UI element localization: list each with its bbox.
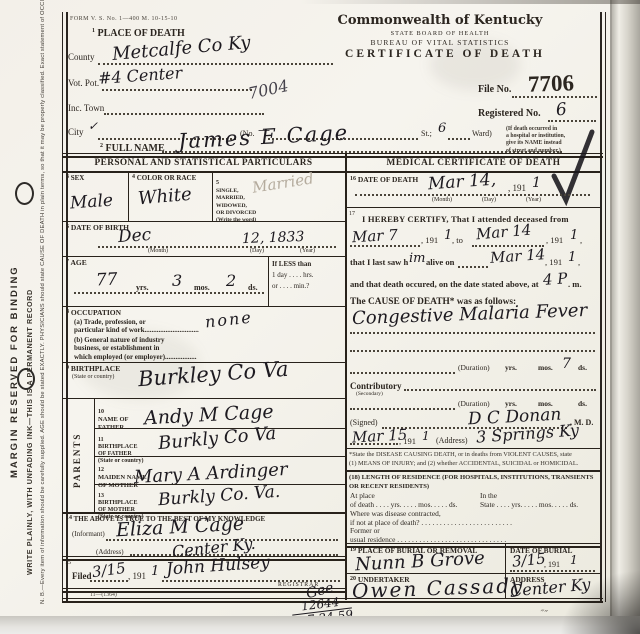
street-value: 6 (438, 122, 446, 135)
age-days-value: 2 (226, 273, 236, 289)
parents-group-label: PARENTS (72, 433, 82, 488)
file-no-value: 7706 (528, 69, 575, 98)
cell-divider (212, 171, 213, 221)
at-place-label: At place of death . . . . yrs. . . . . m… (350, 492, 457, 509)
dob-day-caption: (Day) (250, 248, 264, 255)
comma-mark: , (580, 235, 582, 245)
color-value: White (137, 186, 192, 209)
contributory-line (404, 389, 596, 391)
certify-num: 17 (349, 211, 355, 218)
age-mos-label: mos. (194, 283, 210, 292)
burial-date-value: 3/15 (511, 551, 546, 569)
parents-divider (94, 398, 95, 512)
age-months-value: 3 (172, 273, 182, 289)
cell-divider (268, 256, 269, 306)
certificate-paper: MARGIN RESERVED FOR BINDING WRITE PLAINL… (0, 0, 618, 620)
comma-mark: , (578, 257, 580, 267)
street-label: St.; (421, 129, 432, 138)
age-line (74, 292, 264, 294)
dod-year-digit: 1 (532, 176, 541, 190)
filed-year-printed: , 191 (128, 571, 146, 582)
row-rule (347, 470, 600, 472)
hole-punch-icon (17, 368, 35, 390)
dod-heading: 16 DATE OF DEATH (350, 176, 418, 185)
in-state-label: In the State . . . . yrs. . . . . mos. .… (480, 492, 578, 509)
father-num: 10 (98, 409, 104, 415)
lastsaw-date: Mar 14 (490, 247, 546, 266)
signed-label: (Signed) (350, 418, 378, 427)
cause-line2 (350, 350, 595, 352)
full-name-line (162, 151, 562, 153)
filed-line (90, 580, 128, 582)
duration2-lead-line (350, 408, 455, 410)
mother-num: 12 (98, 467, 104, 473)
attended-from-date: Mar 7 (352, 228, 399, 245)
birthplace-label: BIRTHPLACE (71, 364, 120, 373)
secondary-label: (Secondary) (356, 391, 383, 397)
age-label: AGE (70, 258, 86, 267)
full-name-num: 2 (100, 143, 103, 149)
city-label: City (68, 127, 84, 138)
marital-value: Married (251, 171, 315, 196)
burial-year-printed: , 191 (544, 560, 560, 569)
row-rule (347, 207, 600, 208)
sex-num: 3 (66, 174, 69, 180)
occupation-a-label: (a) Trade, profession, or particular kin… (74, 318, 199, 335)
signed-date-line (350, 443, 398, 445)
page-edge (612, 0, 640, 634)
registered-no-line (548, 120, 596, 122)
row-rule (347, 448, 600, 449)
dod-year-printed: , 191 (508, 183, 526, 194)
scan-top-edge (300, 0, 640, 4)
age-num: 7 (66, 259, 69, 265)
certify-intro: I HEREBY CERTIFY, That I attended deceas… (362, 214, 569, 224)
certificate-title: CERTIFICATE OF DEATH (330, 48, 560, 62)
less-than-line2: 1 day . . . . hrs. (272, 271, 313, 279)
duration-ds-label: ds. (578, 364, 587, 373)
scan-bottom-shadow (0, 616, 640, 634)
lastsaw-line (458, 266, 488, 268)
ward-label: Ward) (472, 129, 492, 138)
row-rule (62, 221, 345, 222)
inc-town-line (104, 113, 264, 115)
precinct-line (102, 89, 252, 91)
age-yrs-label: yrs. (136, 283, 149, 292)
to-word: , to (452, 235, 463, 245)
occupation-heading: 8 OCCUPATION (66, 309, 121, 318)
occupation-num: 8 (66, 309, 69, 315)
inc-town-label: Inc. Town (68, 103, 104, 114)
dod-num: 16 (350, 176, 356, 182)
attended-to-date: Mar 14 (475, 223, 531, 243)
undertaker-value: Owen Cassady (352, 575, 525, 601)
row-rule (62, 256, 345, 257)
attended-from-year-printed: , 191 (421, 235, 438, 245)
county-label: County (68, 52, 95, 63)
hole-punch-icon (15, 182, 34, 205)
row-rule (62, 306, 345, 307)
burial-num: 19 (350, 547, 356, 553)
informant-address-label: (Address) (96, 548, 124, 556)
less-than-line3: or . . . . min.? (272, 282, 309, 290)
death-time-value: 4 P (543, 271, 568, 288)
duration2-ds-label: ds. (578, 400, 587, 409)
full-name-value: James E Cage (178, 123, 350, 153)
filed-year-digit: 1 (151, 565, 159, 578)
stray-number: 7004 (247, 78, 290, 102)
full-name-heading: 2 FULL NAME (100, 143, 165, 155)
registered-no-value: 6 (555, 101, 568, 119)
sex-heading: 3 SEX (66, 174, 84, 182)
file-no-label: File No. (478, 84, 511, 96)
color-num: 4 (132, 174, 135, 180)
truth-num: 14 (66, 515, 72, 521)
duration-yrs-label: yrs. (505, 364, 517, 373)
checkmark-flourish-icon (548, 128, 596, 210)
occupation-b-label: (b) General nature of industry business,… (74, 336, 197, 361)
commonwealth-title: Commonwealth of Kentucky (330, 13, 550, 28)
place-label: PLACE OF DEATH (98, 28, 185, 39)
physician-address-label: (Address) (436, 436, 468, 445)
color-heading: 4 COLOR OR RACE (132, 174, 196, 182)
scanned-death-certificate: { "margin": { "binding_note": "MARGIN RE… (0, 0, 640, 634)
former-residence-label: Former or usual residence . . . . . . . … (350, 527, 506, 544)
lastsaw-him: im (409, 252, 426, 265)
less-than-line1: If LESS than (272, 260, 311, 268)
residence-heading: (18) LENGTH OF RESIDENCE (FOR HOSPITALS,… (349, 474, 599, 491)
county-line (98, 63, 333, 65)
margin-plainly-note: WRITE PLAINLY, WITH UNFADING INK—THIS IS… (25, 289, 34, 575)
cell-divider (128, 171, 129, 221)
informant-label: (Informant) (72, 530, 105, 538)
duration-days-value: 7 (562, 357, 571, 371)
age-heading: 7 AGE (66, 259, 87, 268)
lastsaw-mid: alive on (426, 257, 454, 267)
duration-label: (Duration) (458, 364, 490, 373)
marital-label: SINGLE, MARRIED, WIDOWED, OR DIVORCED (W… (216, 188, 256, 223)
form-code: 11—(1364) (90, 592, 117, 599)
full-name-label: FULL NAME (106, 143, 165, 154)
lastsaw-year-printed: , 191 (545, 257, 562, 267)
duration-lead-line (350, 372, 455, 374)
color-label: COLOR OR RACE (137, 174, 197, 182)
death-occurred-line: and that death occured, on the date stat… (350, 279, 539, 289)
duration-mos-label: mos. (538, 364, 553, 373)
dob-year-caption: (Year) (300, 248, 315, 255)
age-years-value: 77 (96, 271, 119, 289)
attended-to-year-digit: 1 (570, 229, 578, 242)
sex-value: Male (69, 193, 113, 213)
mother-birthplace-value: Burkly Co. Va. (158, 484, 281, 509)
form-number: FORM V. S. No. 1—400 M. 10-15-10 (70, 16, 177, 23)
place-num: 1 (92, 28, 95, 34)
cause-line1 (350, 332, 595, 334)
margin-nb-note: N. B.—Every item of information should b… (39, 0, 48, 604)
marital-num: 5 (216, 180, 219, 186)
signed-year-printed: , 191 (399, 436, 416, 446)
dod-year-caption: (Year) (526, 197, 541, 204)
state-board-subtitle: STATE BOARD OF HEALTH (330, 30, 550, 37)
occupation-label: OCCUPATION (71, 308, 121, 317)
city-mark: ✓ (88, 120, 98, 132)
attended-from-line (350, 245, 420, 247)
contracted-label: Where was disease contracted, if not at … (350, 510, 512, 527)
dod-value: Mar 14, (427, 172, 496, 194)
dod-label: DATE OF DEATH (358, 175, 418, 184)
birthplace-heading: 9 BIRTHPLACE (66, 365, 120, 374)
row-rule (94, 484, 345, 485)
form-right-border (600, 12, 606, 602)
lastsaw-year-digit: 1 (568, 251, 576, 264)
dod-day-caption: (Day) (482, 197, 496, 204)
birthplace-num: 9 (66, 365, 69, 371)
sex-label: SEX (71, 174, 85, 182)
row-rule (62, 512, 345, 514)
bureau-subtitle: BUREAU OF VITAL STATISTICS (330, 39, 550, 48)
dod-line (355, 194, 590, 196)
dod-month-caption: (Month) (432, 197, 452, 204)
attended-to-year-printed: , 191 (546, 235, 563, 245)
scan-corner-shadow (560, 570, 640, 634)
registrar-signature: John Hulsey (166, 554, 271, 578)
occupation-a-value: none (204, 310, 253, 331)
physician-address-value: 3 Springs Ky (476, 422, 580, 445)
column-divider-rule (345, 154, 347, 600)
death-time-suffix: . m. (568, 279, 582, 289)
row-rule (62, 398, 345, 399)
filed-date-value: 3/15 (91, 561, 126, 581)
dob-num: 6 (66, 224, 69, 230)
signed-year-digit: 1 (422, 430, 430, 442)
burial-year-digit: 1 (570, 554, 578, 566)
age-ds-label: ds. (248, 283, 258, 292)
ward-line (448, 138, 470, 140)
filed-num: 15 (65, 560, 71, 567)
row-rule (94, 456, 345, 457)
burial-place-value: Nunn B Grove (355, 550, 486, 575)
lastsaw-pre: that I last saw h (350, 257, 408, 267)
registered-no-label: Registered No. (478, 108, 541, 120)
dob-month-caption: (Month) (148, 248, 168, 255)
dob-day-year-value: 12, 1833 (242, 230, 305, 246)
precinct-label: Vot. Pot. (68, 78, 99, 89)
cause-footnote: *State the DISEASE CAUSING DEATH, or in … (349, 451, 599, 468)
father-birthplace-value: Burkly Co Va (157, 425, 277, 453)
birthplace-subcaption: (State or country) (72, 374, 114, 381)
filed-label: Filed (72, 571, 92, 582)
dob-month-value: Dec (117, 227, 151, 246)
precinct-value: #4 Center (98, 65, 183, 87)
father-birthplace-num: 11 (98, 437, 104, 443)
personal-title: PERSONAL AND STATISTICAL PARTICULARS (62, 158, 345, 169)
page-edge-line (610, 0, 612, 620)
mother-birthplace-num: 13 (98, 493, 104, 499)
